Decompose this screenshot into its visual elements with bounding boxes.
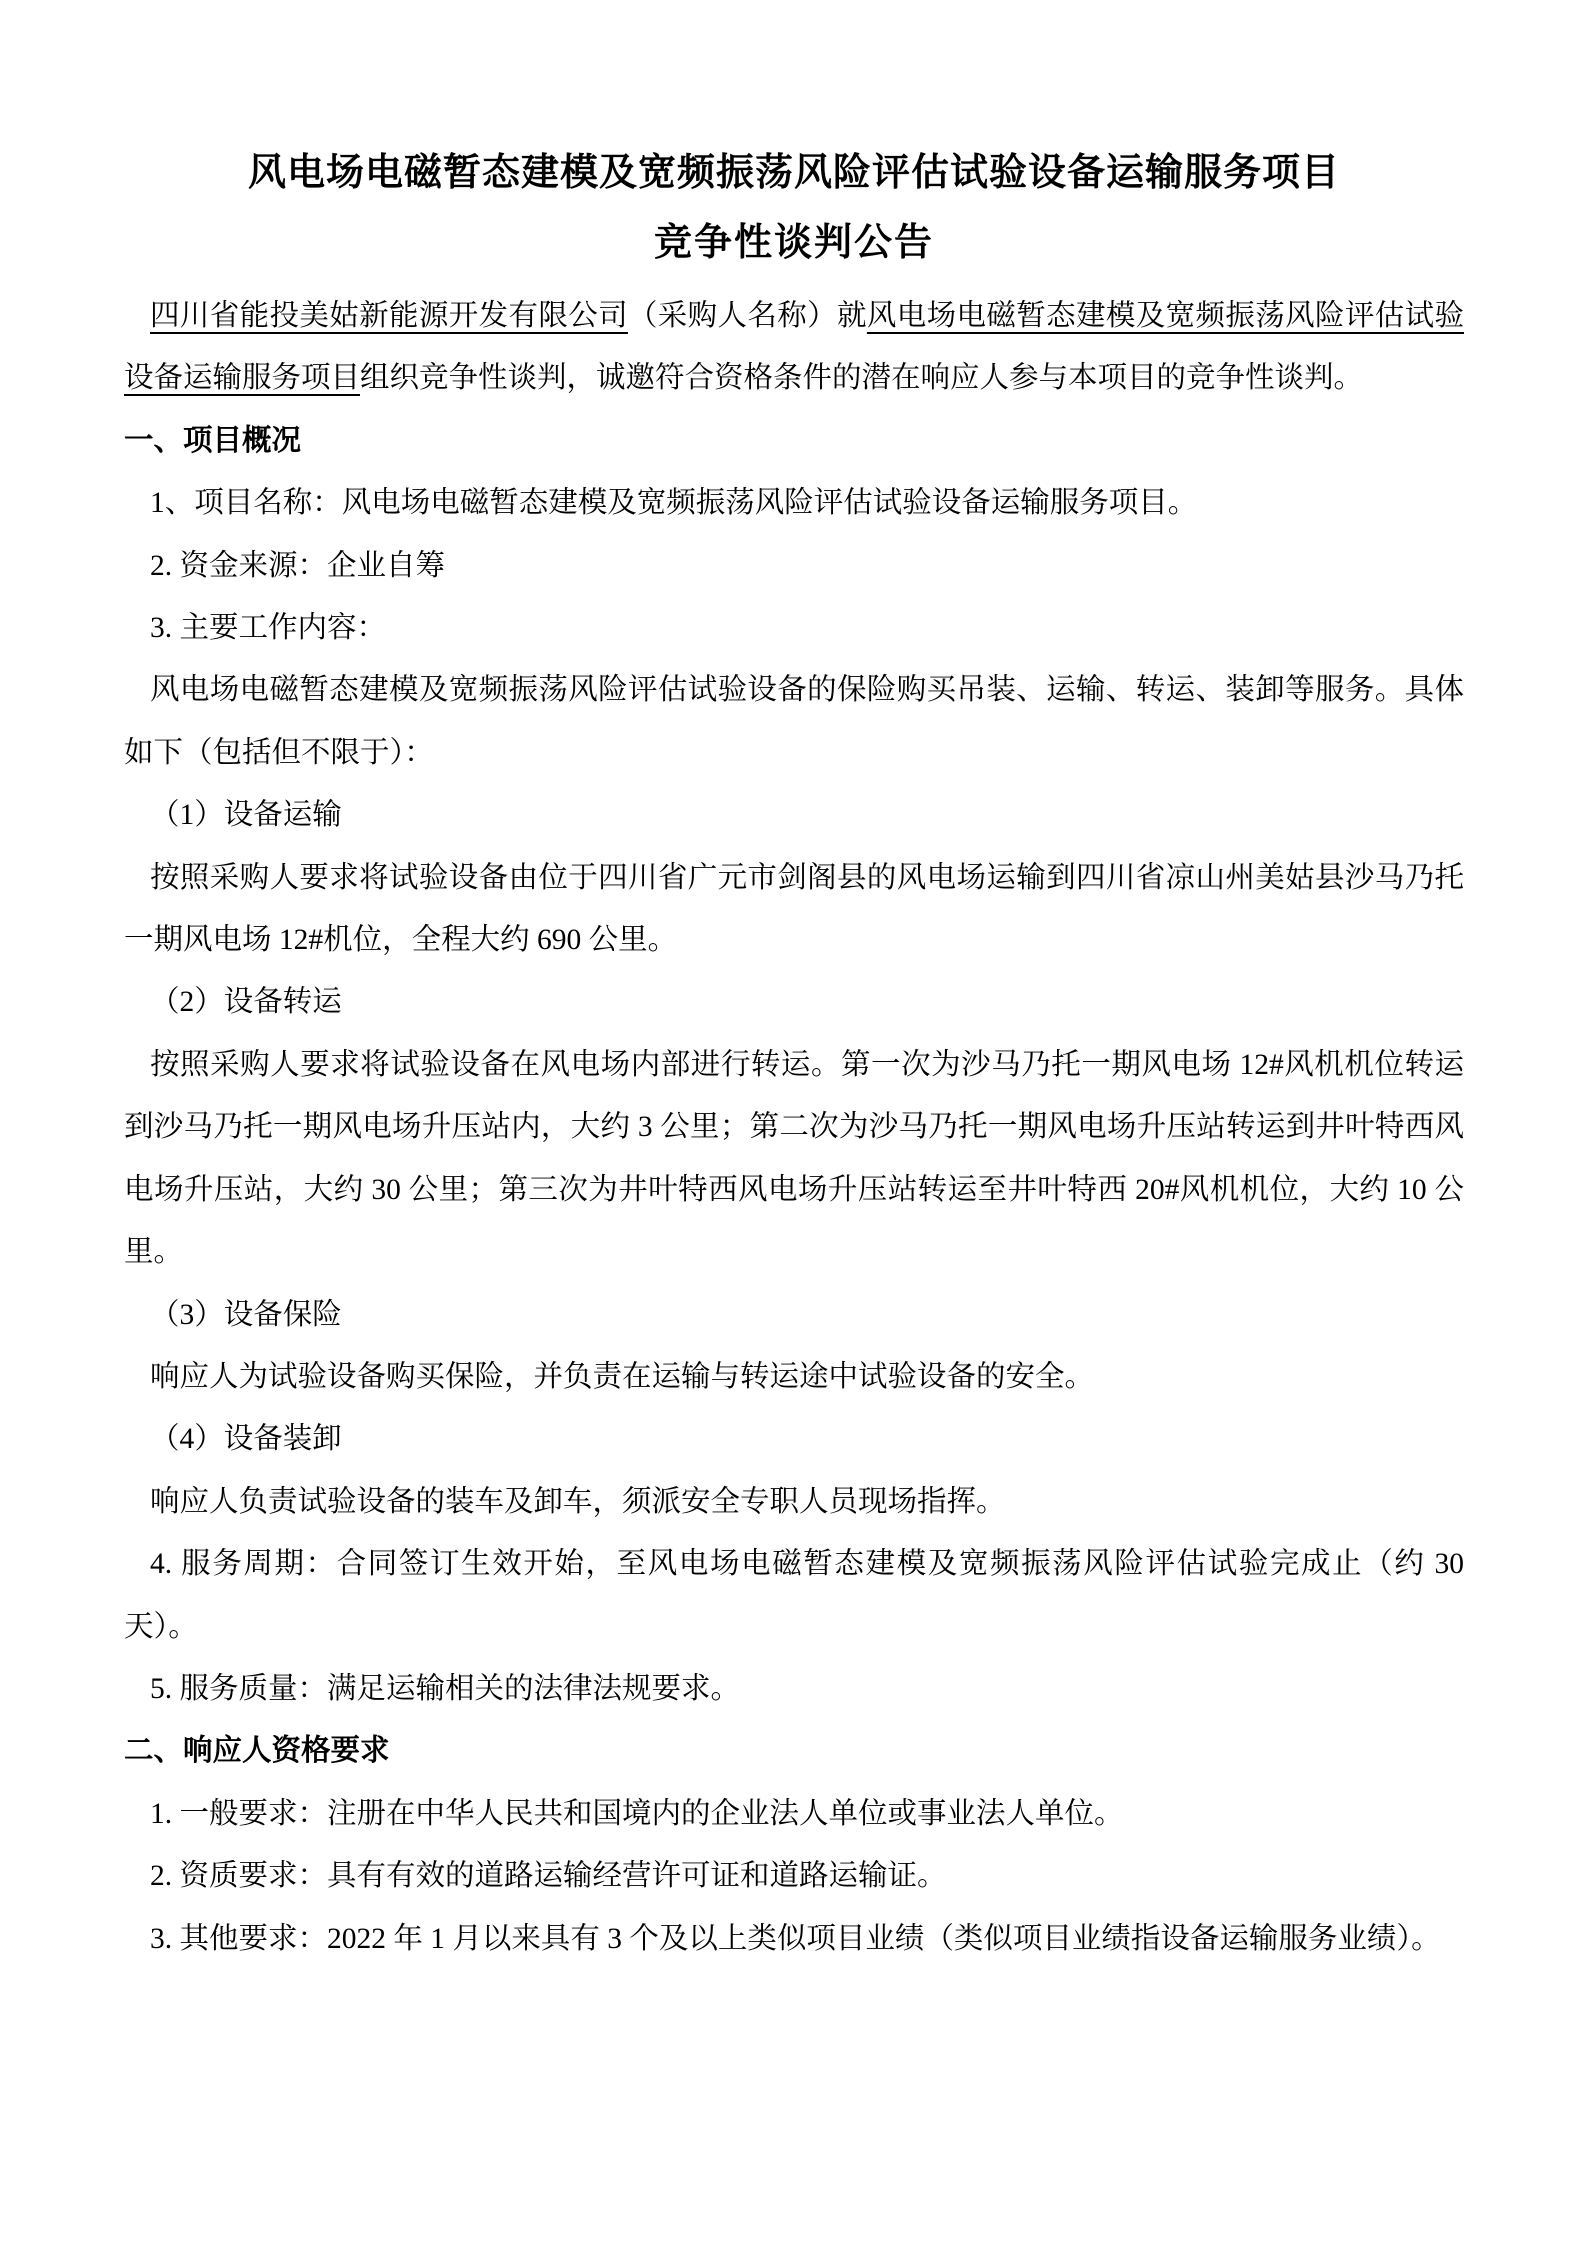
doc-body: 四川省能投美姑新能源开发有限公司（采购人名称）就风电场电磁暂态建模及宽频振荡风险… bbox=[124, 285, 1464, 1970]
para-equipment-loading-title: （4）设备装卸 bbox=[124, 1408, 1464, 1470]
text-column: 风电场电磁暂态建模及宽频振荡风险评估试验设备运输服务项目 竞争性谈判公告 四川省… bbox=[124, 150, 1464, 1970]
para-equipment-transfer-title: （2）设备转运 bbox=[124, 971, 1464, 1033]
para-equipment-transport-title: （1）设备运输 bbox=[124, 784, 1464, 846]
intro-rest-text: 组织竞争性谈判，诚邀符合资格条件的潜在响应人参与本项目的竞争性谈判。 bbox=[360, 362, 1363, 394]
para-equipment-insurance-title: （3）设备保险 bbox=[124, 1284, 1464, 1346]
doc-title: 风电场电磁暂态建模及宽频振荡风险评估试验设备运输服务项目 bbox=[124, 150, 1464, 196]
para-project-name: 1、项目名称：风电场电磁暂态建模及宽频振荡风险评估试验设备运输服务项目。 bbox=[124, 472, 1464, 534]
para-service-period: 4. 服务周期：合同签订生效开始，至风电场电磁暂态建模及宽频振荡风险评估试验完成… bbox=[124, 1533, 1464, 1658]
para-other-requirement: 3. 其他要求：2022 年 1 月以来具有 3 个及以上类似项目业绩（类似项目… bbox=[124, 1908, 1464, 1970]
para-general-requirement: 1. 一般要求：注册在中华人民共和国境内的企业法人单位或事业法人单位。 bbox=[124, 1783, 1464, 1845]
para-equipment-transfer-body: 按照采购人要求将试验设备在风电场内部进行转运。第一次为沙马乃托一期风电场 12#… bbox=[124, 1034, 1464, 1284]
para-equipment-insurance-body: 响应人为试验设备购买保险，并负责在运输与转运途中试验设备的安全。 bbox=[124, 1346, 1464, 1408]
para-funding-source: 2. 资金来源：企业自筹 bbox=[124, 535, 1464, 597]
para-work-content-intro: 风电场电磁暂态建模及宽频振荡风险评估试验设备的保险购买吊装、运输、转运、装卸等服… bbox=[124, 659, 1464, 784]
section-qualification-heading: 二、响应人资格要求 bbox=[124, 1720, 1464, 1782]
document-page: 风电场电磁暂态建模及宽频振荡风险评估试验设备运输服务项目 竞争性谈判公告 四川省… bbox=[0, 0, 1587, 2245]
para-equipment-transport-body: 按照采购人要求将试验设备由位于四川省广元市剑阁县的风电场运输到四川省凉山州美姑县… bbox=[124, 847, 1464, 972]
section-overview-heading: 一、项目概况 bbox=[124, 410, 1464, 472]
para-qualification-requirement: 2. 资质要求：具有有效的道路运输经营许可证和道路运输证。 bbox=[124, 1845, 1464, 1907]
para-work-content-label: 3. 主要工作内容： bbox=[124, 597, 1464, 659]
purchaser-label: （采购人名称）就 bbox=[628, 300, 867, 332]
para-equipment-loading-body: 响应人负责试验设备的装车及卸车，须派安全专职人员现场指挥。 bbox=[124, 1471, 1464, 1533]
para-service-quality: 5. 服务质量：满足运输相关的法律法规要求。 bbox=[124, 1658, 1464, 1720]
intro-paragraph: 四川省能投美姑新能源开发有限公司（采购人名称）就风电场电磁暂态建模及宽频振荡风险… bbox=[124, 285, 1464, 410]
doc-subtitle: 竞争性谈判公告 bbox=[124, 220, 1464, 266]
purchaser-name-underlined: 四川省能投美姑新能源开发有限公司 bbox=[150, 300, 628, 332]
